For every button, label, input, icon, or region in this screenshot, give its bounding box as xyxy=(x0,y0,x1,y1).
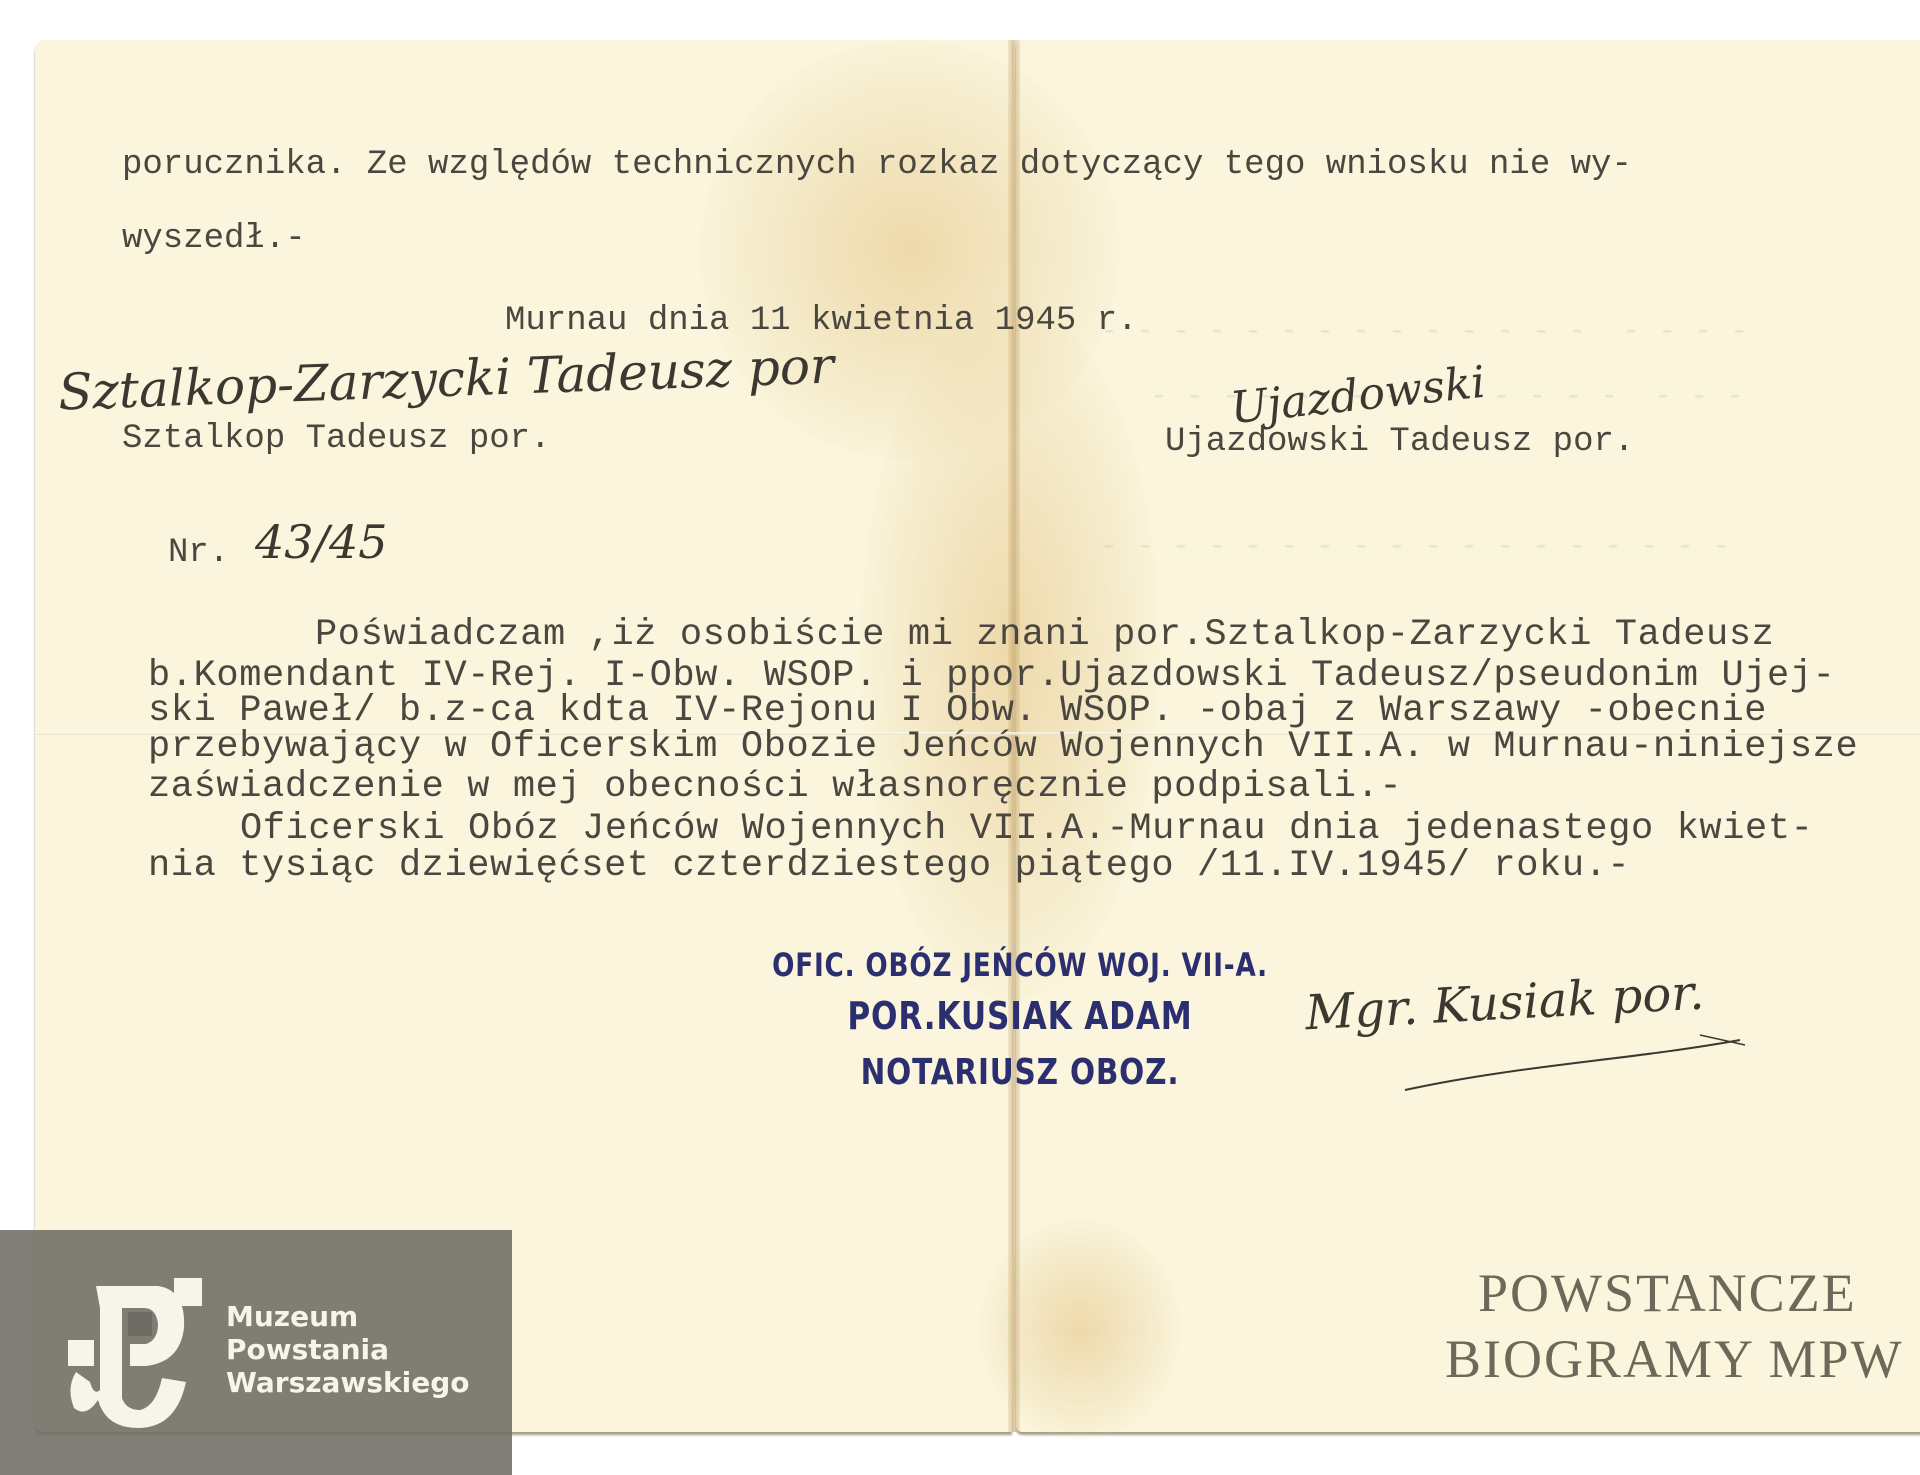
signature-flourish xyxy=(1400,1020,1760,1120)
stamp-line-2: POR.KUSIAK ADAM xyxy=(758,994,1283,1038)
typed-signature-ujazdowski: Ujazdowski Tadeusz por. xyxy=(1165,423,1634,461)
bleed-through-text: - - - - - - - - - - - - - - - - - - xyxy=(1100,530,1730,564)
watermark-line-2: BIOGRAMY MPW xyxy=(1445,1328,1904,1390)
certification-line-5: zaświadczenie w mej obecności własnoręcz… xyxy=(148,766,1402,808)
watermark-line-1: POWSTANCZE xyxy=(1478,1262,1857,1324)
logo-text-line-1: Muzeum xyxy=(226,1300,358,1333)
typed-line-2: wyszedł.- xyxy=(122,220,306,258)
place-date: Murnau dnia 11 kwietnia 1945 r. xyxy=(505,302,1138,340)
certification-line-6: Oficerski Obóz Jeńców Wojennych VII.A.-M… xyxy=(240,808,1813,850)
document-number-label: Nr. xyxy=(168,534,229,572)
certification-line-1: Poświadczam ,iż osobiście mi znani por.S… xyxy=(315,614,1774,656)
certification-line-7: nia tysiąc dziewięćset czterdziestego pi… xyxy=(148,845,1630,887)
logo-text-line-3: Warszawskiego xyxy=(226,1366,469,1399)
certification-line-4: przebywający w Oficerskim Obozie Jeńców … xyxy=(148,726,1858,768)
bleed-through-text: - - - - - - - - - - - - - - - - - - xyxy=(1100,315,1748,349)
museum-logo-banner: Muzeum Powstania Warszawskiego xyxy=(0,1230,512,1475)
stamp-line-1: OFIC. OBÓZ JEŃCÓW WOJ. VII-A. xyxy=(758,946,1283,984)
typed-signature-sztalkop: Sztalkop Tadeusz por. xyxy=(122,420,550,458)
polska-walczaca-anchor-icon xyxy=(66,1278,206,1428)
typed-line-1: porucznika. Ze względów technicznych roz… xyxy=(122,146,1632,184)
logo-text-line-2: Powstania xyxy=(226,1333,389,1366)
stamp-line-3: NOTARIUSZ OBOZ. xyxy=(758,1052,1283,1093)
document-number-value: 43/45 xyxy=(255,515,388,569)
